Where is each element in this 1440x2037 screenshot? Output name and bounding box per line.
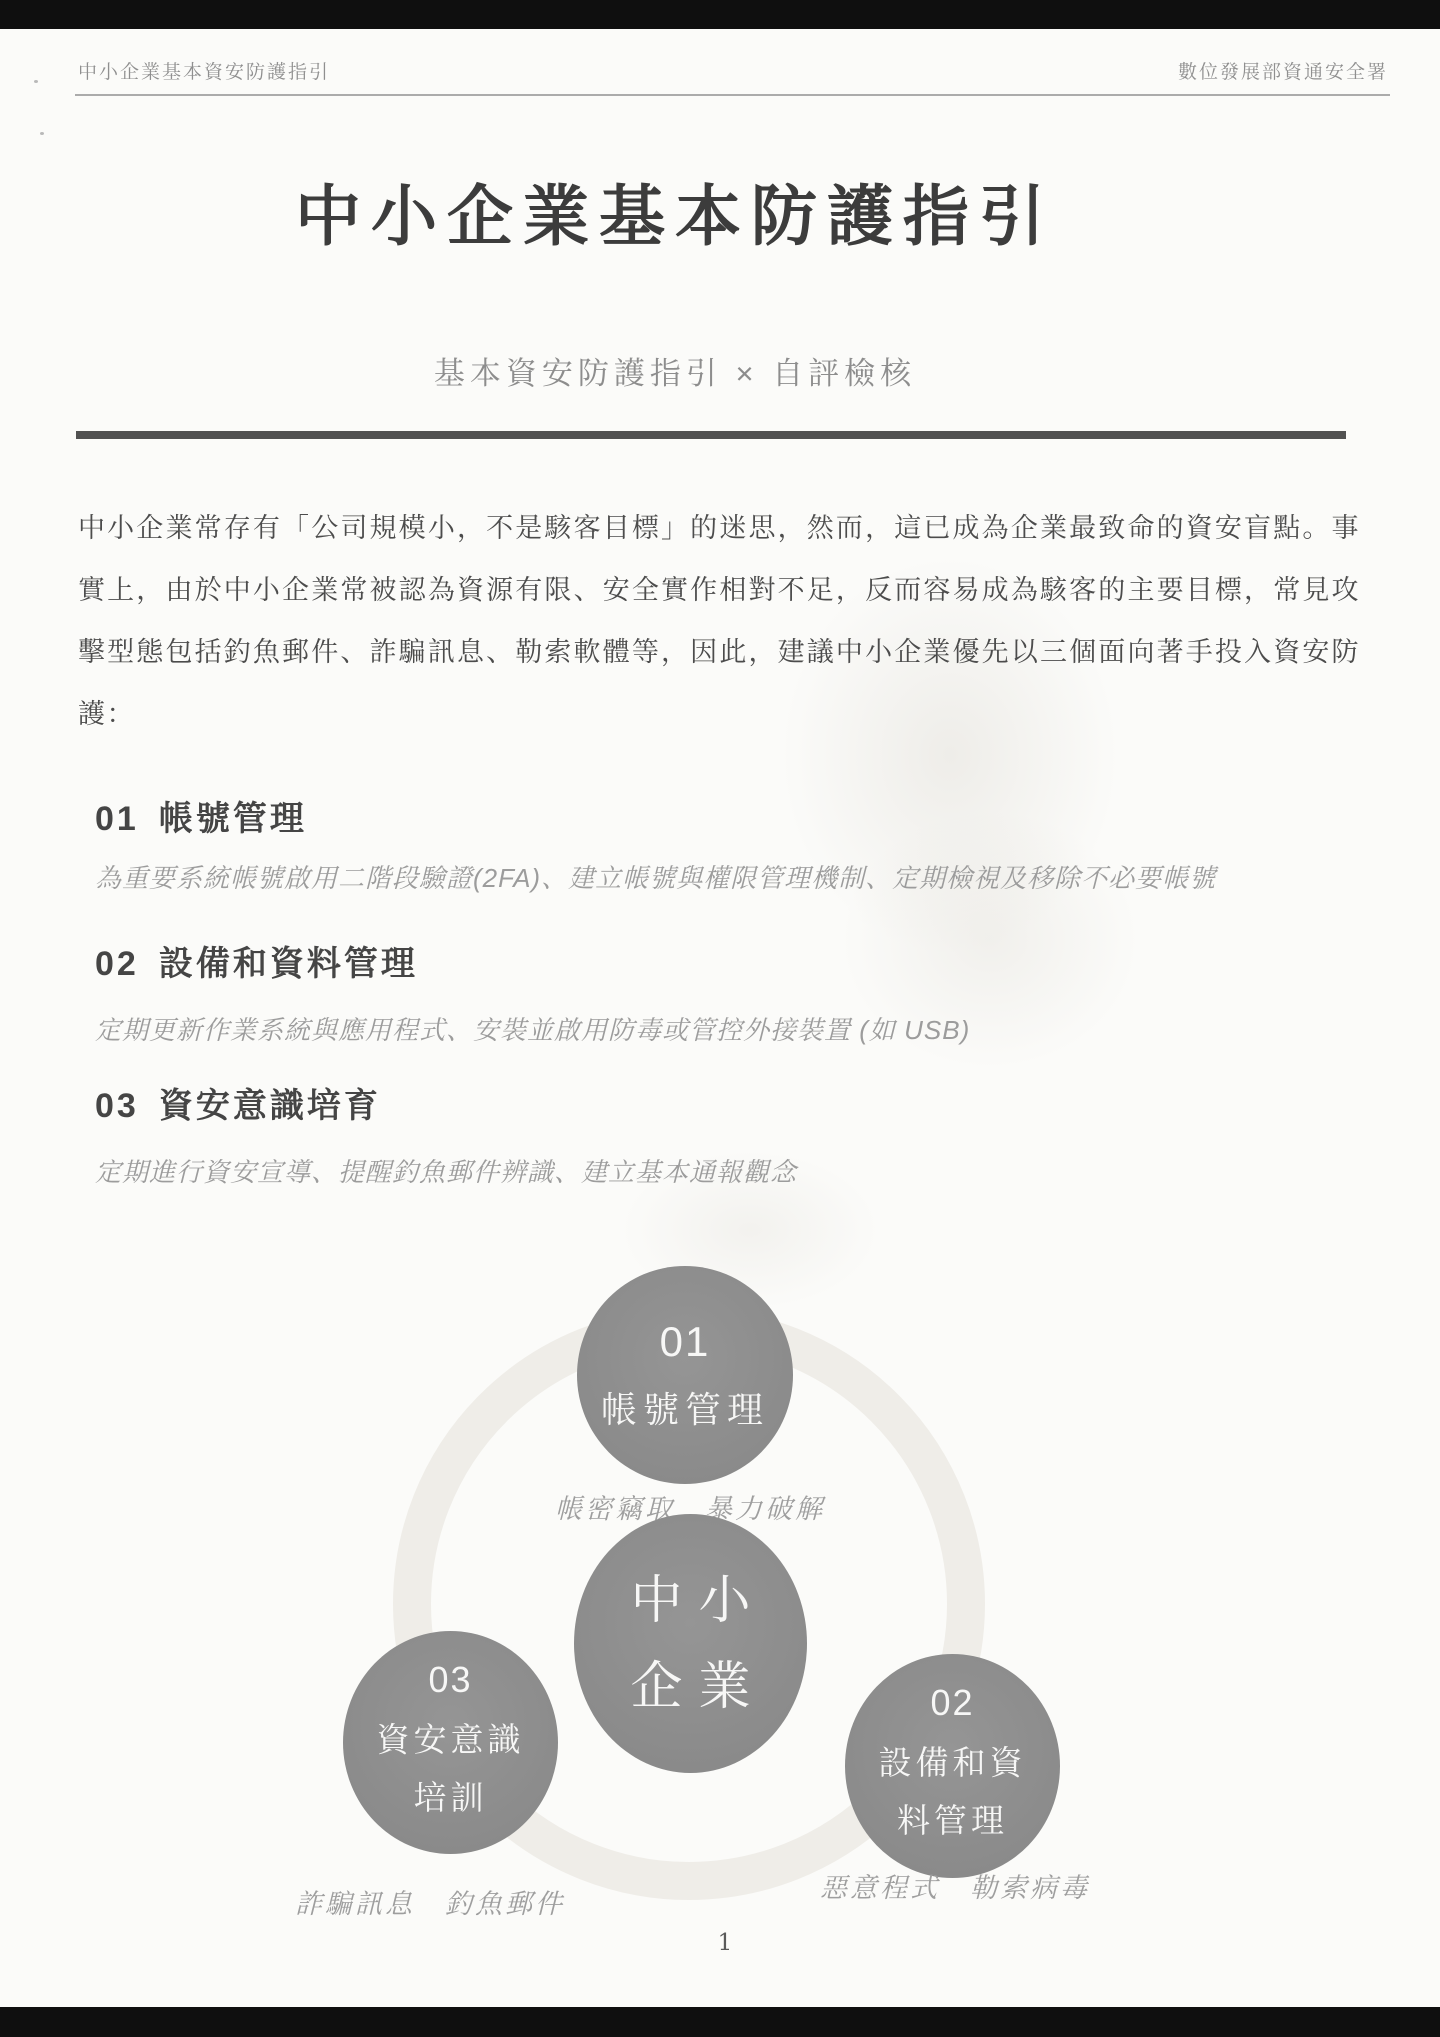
scan-edge-top bbox=[0, 0, 1440, 29]
section-desc-01: 為重要系統帳號啟用二階段驗證(2FA)、建立帳號與權限管理機制、定期檢視及移除不… bbox=[95, 858, 1216, 895]
node-number: 01 bbox=[660, 1318, 711, 1366]
diagram-center-sme: 中小 企業 bbox=[574, 1514, 807, 1773]
page-subtitle: 基本資安防護指引 × 自評檢核 bbox=[55, 348, 1295, 393]
scan-speck bbox=[40, 132, 44, 135]
node-label-line1: 設備和資 bbox=[879, 1734, 1027, 1792]
section-number: 02 bbox=[95, 945, 139, 983]
node-caption-threats-awareness: 詐騙訊息 釣魚郵件 bbox=[170, 1882, 690, 1921]
node-label-line2: 培訓 bbox=[414, 1769, 488, 1827]
section-desc-02: 定期更新作業系統與應用程式、安裝並啟用防毒或管控外接裝置 (如 USB) bbox=[95, 1010, 970, 1047]
section-number: 03 bbox=[95, 1087, 139, 1125]
section-title: 設備和資料管理 bbox=[159, 945, 418, 983]
running-header-title: 中小企業基本資安防護指引 bbox=[78, 57, 330, 84]
node-number: 02 bbox=[930, 1682, 974, 1724]
center-label-line2: 企業 bbox=[614, 1644, 766, 1730]
header-divider bbox=[75, 94, 1390, 96]
section-heading-01: 01帳號管理 bbox=[95, 791, 307, 840]
title-divider bbox=[76, 431, 1346, 439]
diagram-node-02-device-data-management: 02 設備和資 料管理 bbox=[845, 1654, 1060, 1878]
node-label-line2: 料管理 bbox=[897, 1792, 1008, 1850]
scanned-document-page: 中小企業基本資安防護指引 數位發展部資通安全署 中小企業基本防護指引 基本資安防… bbox=[0, 0, 1440, 2037]
scan-speck bbox=[34, 80, 38, 83]
page-number: 1 bbox=[475, 1930, 975, 1956]
section-title: 帳號管理 bbox=[159, 800, 307, 838]
node-number: 03 bbox=[428, 1659, 472, 1701]
section-heading-03: 03資安意識培育 bbox=[95, 1078, 381, 1127]
section-title: 資安意識培育 bbox=[159, 1087, 381, 1125]
section-desc-03: 定期進行資安宣導、提醒釣魚郵件辨識、建立基本通報觀念 bbox=[95, 1152, 797, 1189]
section-heading-02: 02設備和資料管理 bbox=[95, 936, 418, 985]
intro-paragraph: 中小企業常存有「公司規模小，不是駭客目標」的迷思，然而，這已成為企業最致命的資安… bbox=[78, 497, 1360, 745]
node-caption-threats-device: 惡意程式 勒索病毒 bbox=[695, 1866, 1215, 1905]
diagram-node-03-security-awareness: 03 資安意識 培訓 bbox=[343, 1631, 558, 1854]
diagram-node-01-account-management: 01 帳號管理 bbox=[577, 1266, 793, 1484]
page-title: 中小企業基本防護指引 bbox=[55, 163, 1295, 258]
node-label-line1: 資安意識 bbox=[377, 1711, 525, 1769]
section-number: 01 bbox=[95, 800, 139, 838]
running-header-agency: 數位發展部資通安全署 bbox=[1178, 57, 1388, 84]
scan-edge-bottom bbox=[0, 2007, 1440, 2037]
node-label: 帳號管理 bbox=[601, 1382, 769, 1433]
center-label-line1: 中小 bbox=[614, 1558, 766, 1644]
